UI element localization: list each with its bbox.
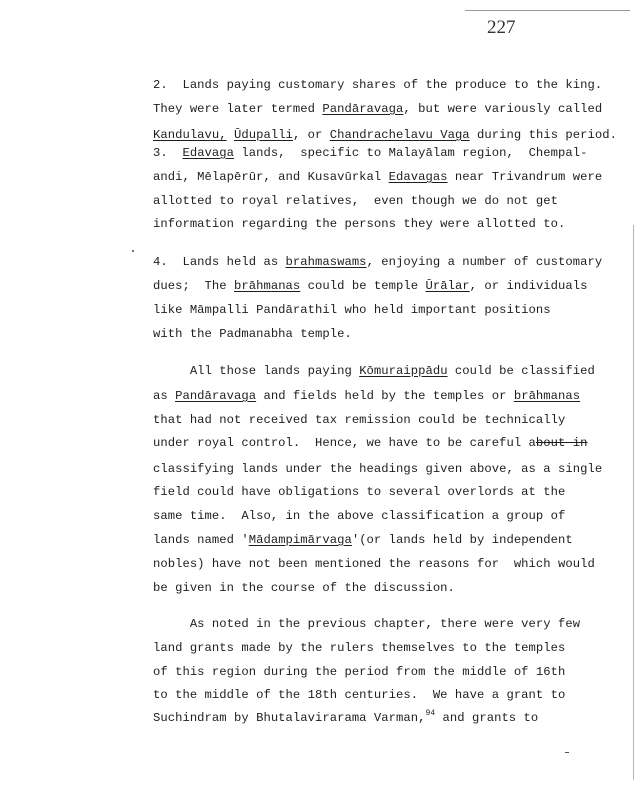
text-run: As noted in the previous chapter, there …	[153, 617, 580, 631]
text-line: As noted in the previous chapter, there …	[153, 617, 580, 631]
underlined-term: Mādampimārvaga	[249, 533, 352, 547]
text-run: that had not received tax remission coul…	[153, 413, 565, 427]
text-line: under royal control. Hence, we have to b…	[153, 436, 587, 450]
text-run: 2. Lands paying customary shares of the …	[153, 78, 602, 92]
text-line: as Pandāravaga and fields held by the te…	[153, 389, 580, 403]
text-line: of this region during the period from th…	[153, 665, 565, 679]
scan-edge-line	[633, 225, 634, 780]
underlined-term: Ūrālar	[425, 279, 469, 293]
text-line: same time. Also, in the above classifica…	[153, 509, 565, 523]
underlined-term: Pandāravaga	[322, 102, 403, 116]
text-line: lands named 'Mādampimārvaga'(or lands he…	[153, 533, 573, 547]
underlined-term: Chandrachelavu Vaga	[330, 128, 470, 142]
text-line: information regarding the persons they w…	[153, 217, 565, 231]
text-run: be given in the course of the discussion…	[153, 581, 455, 595]
text-run: near Trivandrum were	[448, 170, 603, 184]
text-run: under royal control. Hence, we have to b…	[153, 436, 536, 450]
text-line: be given in the course of the discussion…	[153, 581, 455, 595]
text-line: Suchindram by Bhutalavirarama Varman,94 …	[153, 711, 538, 725]
text-line: like Māmpalli Pandārathil who held impor…	[153, 303, 551, 317]
text-line: field could have obligations to several …	[153, 485, 565, 499]
text-run: information regarding the persons they w…	[153, 217, 565, 231]
text-line: nobles) have not been mentioned the reas…	[153, 557, 595, 571]
text-run: could be temple	[300, 279, 425, 293]
text-line: All those lands paying Kōmuraippādu coul…	[153, 364, 595, 378]
text-run: , or individuals	[470, 279, 588, 293]
underlined-term: brāhmanas	[514, 389, 580, 403]
text-run	[227, 128, 234, 142]
margin-mark	[132, 250, 134, 252]
text-run: , enjoying a number of customary	[367, 255, 603, 269]
text-line: Kandulavu, Ūdupalli, or Chandrachelavu V…	[153, 128, 617, 142]
underlined-term: Edavaga	[182, 146, 234, 160]
text-run: with the Padmanabha temple.	[153, 327, 352, 341]
text-run: and grants to	[435, 711, 538, 725]
text-run: could be classified	[448, 364, 595, 378]
underlined-term: brāhmanas	[234, 279, 300, 293]
text-run: nobles) have not been mentioned the reas…	[153, 557, 595, 571]
text-line: 4. Lands held as brahmaswams, enjoying a…	[153, 255, 602, 269]
text-run: like Māmpalli Pandārathil who held impor…	[153, 303, 551, 317]
text-run: as	[153, 389, 175, 403]
text-line: classifying lands under the headings giv…	[153, 462, 602, 476]
text-run: field could have obligations to several …	[153, 485, 565, 499]
text-run: classifying lands under the headings giv…	[153, 462, 602, 476]
text-line: dues; The brāhmanas could be temple Ūrāl…	[153, 279, 588, 293]
underlined-term: Kandulavu,	[153, 128, 227, 142]
text-run: same time. Also, in the above classifica…	[153, 509, 565, 523]
text-run: andi, Mēlapērūr, and Kusavūrkal	[153, 170, 389, 184]
underlined-term: Edavagas	[389, 170, 448, 184]
text-line: 3. Edavaga lands, specific to Malayālam …	[153, 146, 587, 160]
text-run: allotted to royal relatives, even though…	[153, 194, 558, 208]
text-run: '(or lands held by independent	[352, 533, 573, 547]
text-run: land grants made by the rulers themselve…	[153, 641, 565, 655]
text-line: with the Padmanabha temple.	[153, 327, 352, 341]
text-run: All those lands paying	[153, 364, 359, 378]
text-run: during this period.	[470, 128, 617, 142]
text-run: They were later termed	[153, 102, 322, 116]
page-number: 227	[487, 17, 516, 39]
text-run: , but were variously called	[403, 102, 602, 116]
text-line: They were later termed Pandāravaga, but …	[153, 102, 602, 116]
stray-mark	[565, 752, 569, 753]
underlined-term: Ūdupalli	[234, 128, 293, 142]
underlined-term: brahmaswams	[286, 255, 367, 269]
text-run: 3.	[153, 146, 182, 160]
text-line: to the middle of the 18th centuries. We …	[153, 688, 565, 702]
text-run: dues; The	[153, 279, 234, 293]
text-run: lands, specific to Malayālam region, Che…	[234, 146, 587, 160]
text-run: Suchindram by Bhutalavirarama Varman,	[153, 711, 425, 725]
text-run: , or	[293, 128, 330, 142]
text-run: of this region during the period from th…	[153, 665, 565, 679]
underlined-term: Pandāravaga	[175, 389, 256, 403]
text-line: that had not received tax remission coul…	[153, 413, 565, 427]
text-line: 2. Lands paying customary shares of the …	[153, 78, 602, 92]
text-run: 4. Lands held as	[153, 255, 286, 269]
text-run: and fields held by the temples or	[256, 389, 514, 403]
text-line: andi, Mēlapērūr, and Kusavūrkal Edavagas…	[153, 170, 602, 184]
text-line: allotted to royal relatives, even though…	[153, 194, 558, 208]
footnote-marker: 94	[425, 709, 435, 718]
text-run: lands named '	[153, 533, 249, 547]
struck-text: bout in	[536, 436, 588, 450]
text-line: land grants made by the rulers themselve…	[153, 641, 565, 655]
underlined-term: Kōmuraippādu	[359, 364, 447, 378]
text-run: to the middle of the 18th centuries. We …	[153, 688, 565, 702]
header-rule	[465, 10, 630, 11]
